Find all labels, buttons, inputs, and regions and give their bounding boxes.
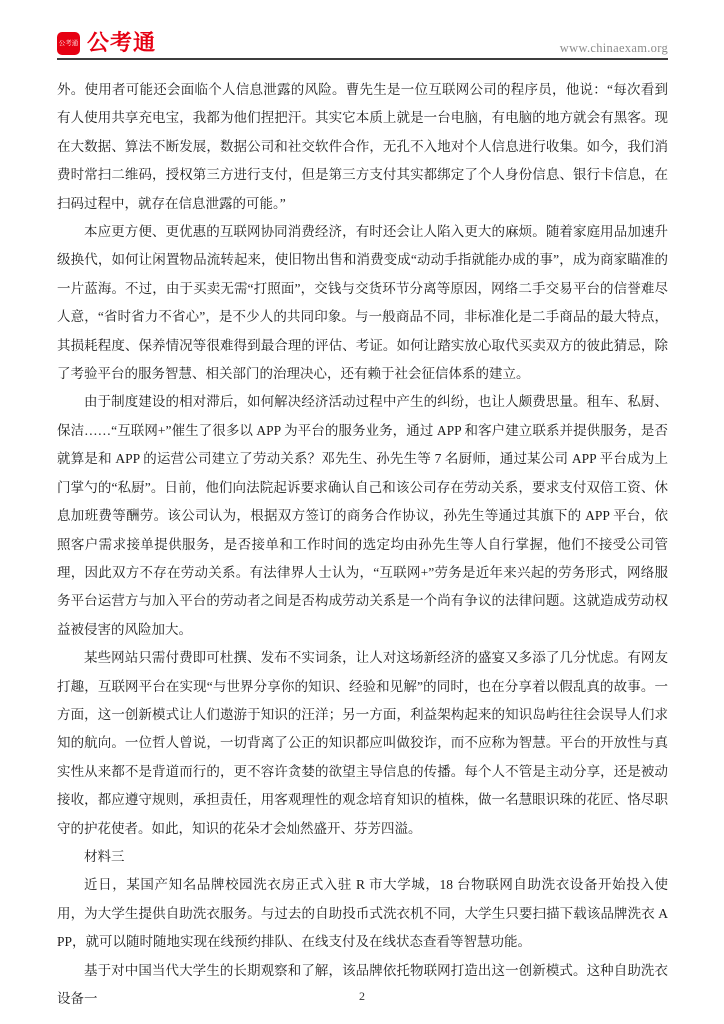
document-page: 公考通 公考通 www.chinaexam.org 外。使用者可能还会面临个人信… [0,0,724,1024]
paragraph: 基于对中国当代大学生的长期观察和了解，该品牌依托物联网打造出这一创新模式。这种自… [57,957,668,1014]
paragraph: 由于制度建设的相对滞后，如何解决经济活动过程中产生的纠纷，也让人颇费思量。租车、… [57,388,668,644]
app-logo-icon: 公考通 [57,32,80,55]
paragraph: 外。使用者可能还会面临个人信息泄露的风险。曹先生是一位互联网公司的程序员，他说：… [57,76,668,218]
page-footer: 2 [0,989,724,1004]
paragraph: 近日，某国产知名品牌校园洗衣房正式入驻 R 市大学城，18 台物联网自助洗衣设备… [57,871,668,956]
page-header: 公考通 公考通 www.chinaexam.org [57,0,668,60]
material-heading: 材料三 [57,843,668,871]
brand-name: 公考通 [87,32,156,55]
brand-logo: 公考通 公考通 [57,32,156,58]
paragraph: 本应更方便、更优惠的互联网协同消费经济，有时还会让人陷入更大的麻烦。随着家庭用品… [57,218,668,388]
page-number: 2 [359,989,365,1003]
document-body: 外。使用者可能还会面临个人信息泄露的风险。曹先生是一位互联网公司的程序员，他说：… [57,60,668,1013]
site-url: www.chinaexam.org [560,41,668,58]
paragraph: 某些网站只需付费即可杜撰、发布不实词条，让人对这场新经济的盛宴又多添了几分忧虑。… [57,644,668,843]
